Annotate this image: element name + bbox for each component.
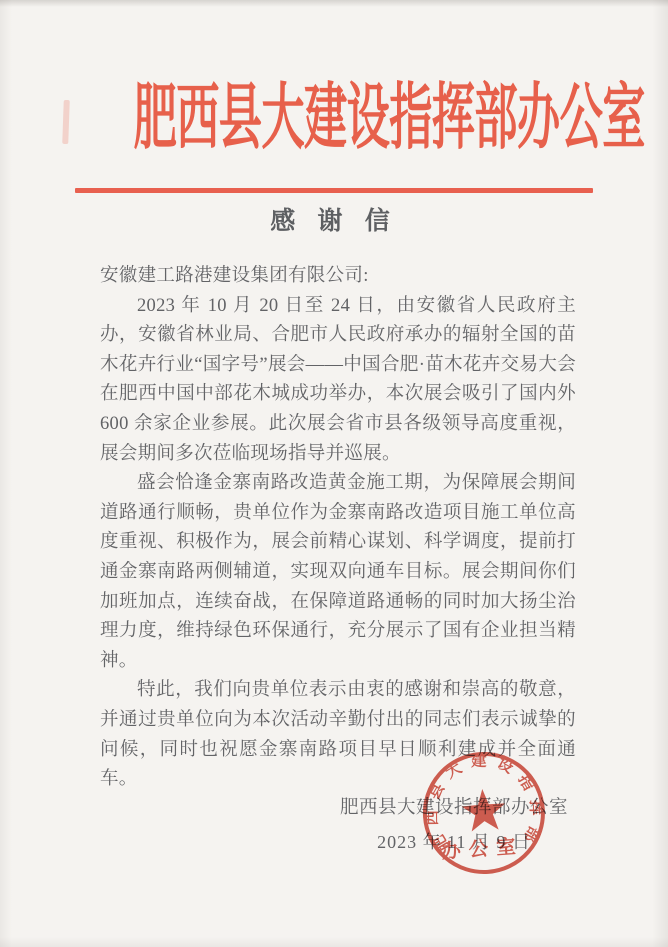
letter-title: 感 谢 信: [0, 201, 668, 237]
official-seal: 肥西县大建设指挥部 办公室: [414, 744, 555, 885]
star-icon: [460, 788, 507, 833]
letter-page: 肥西县大建设指挥部办公室 感 谢 信 安徽建工路港建设集团有限公司: 2023 …: [0, 0, 668, 947]
letterhead-title: 肥西县大建设指挥部办公室: [134, 76, 535, 160]
scan-artifact: [62, 100, 70, 144]
salutation: 安徽建工路港建设集团有限公司:: [100, 262, 576, 292]
letterhead-rule: [75, 188, 593, 193]
seal-bottom-text: 办公室: [440, 834, 524, 863]
letter-body: 安徽建工路港建设集团有限公司: 2023 年 10 月 20 日至 24 日，由…: [100, 262, 576, 795]
paragraph-1: 2023 年 10 月 20 日至 24 日，由安徽省人民政府主办，安徽省林业局…: [100, 292, 576, 470]
paragraph-2: 盛会恰逢金寨南路改造黄金施工期，为保障展会期间道路通行顺畅，贵单位作为金寨南路改…: [100, 469, 576, 676]
